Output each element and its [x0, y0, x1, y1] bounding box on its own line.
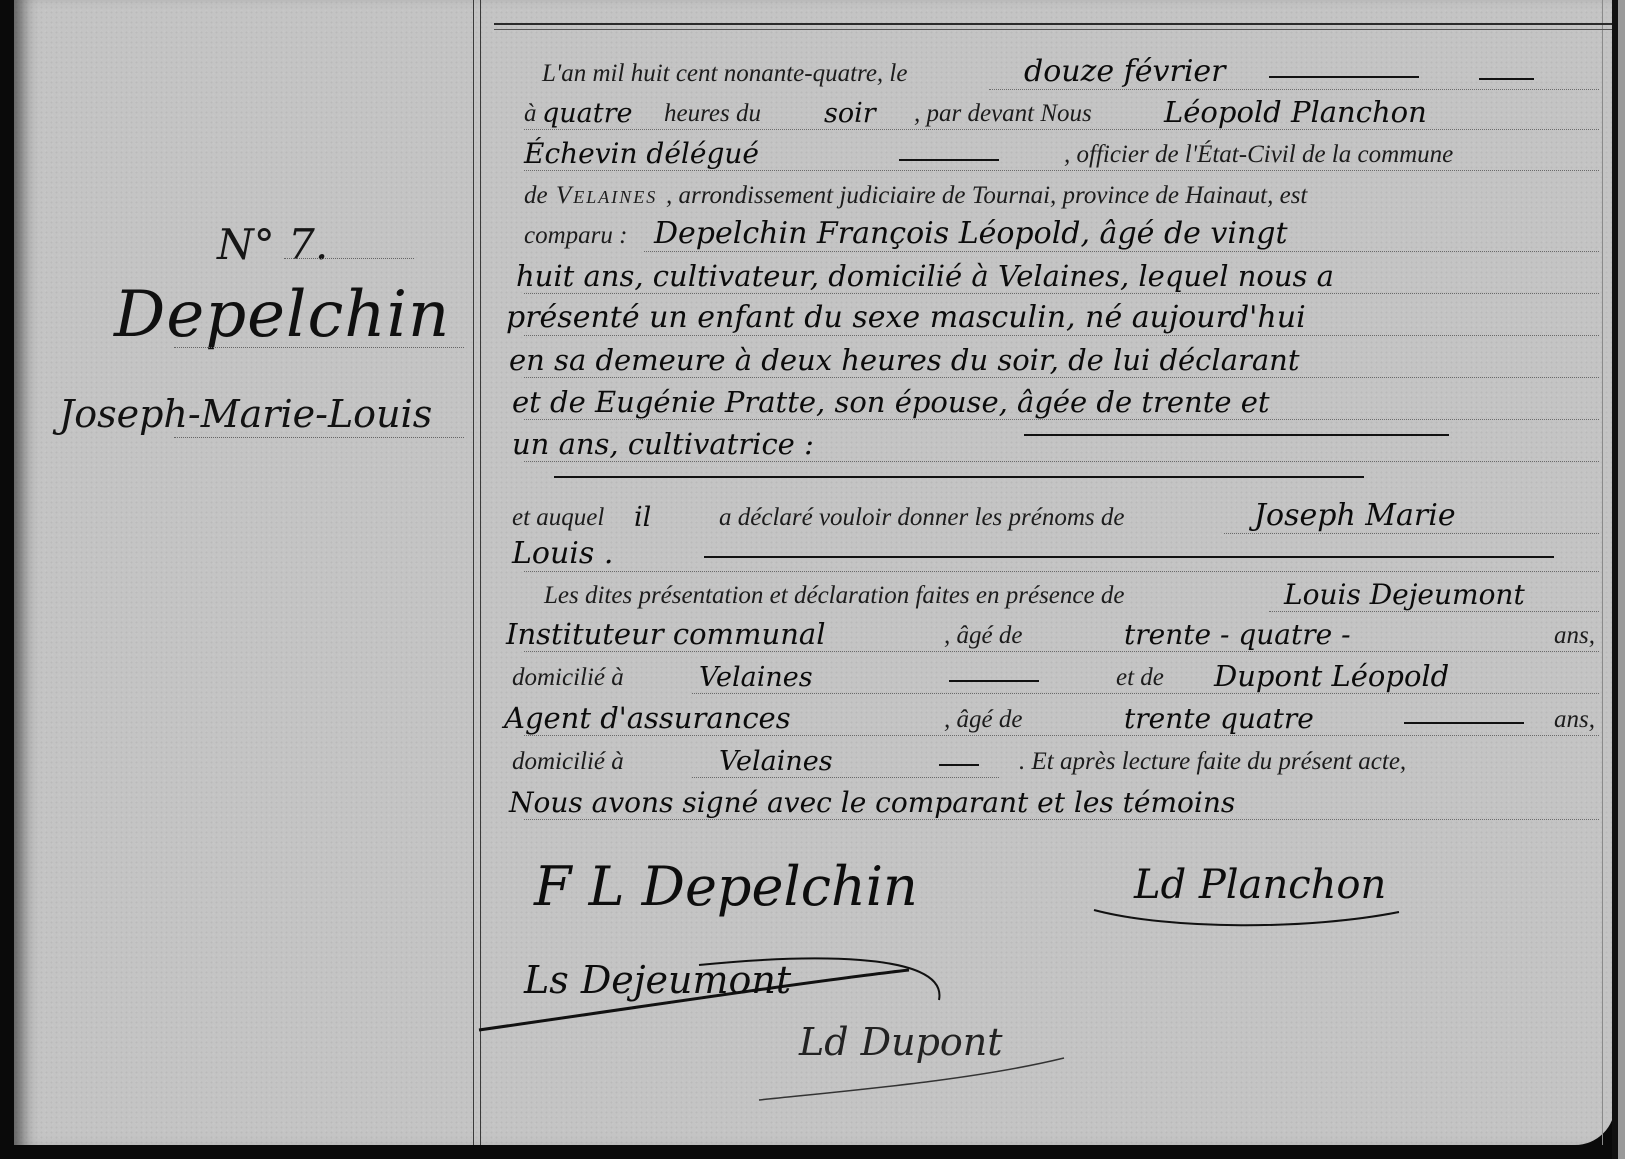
printed-text: Les dites présentation et déclaration fa…: [544, 582, 1124, 610]
form-line-9: et de Eugénie Pratte, son épouse, âgée d…: [524, 386, 1599, 426]
register-page: N° 7. Depelchin Joseph-Marie-Louis L'an …: [14, 0, 1615, 1145]
handwritten-date: douze février: [1024, 54, 1226, 89]
fill-dash: [949, 680, 1039, 682]
dotted-rule: [524, 419, 1599, 420]
dotted-rule: [524, 735, 1599, 736]
form-line-17: domicilié à Velaines . Et après lecture …: [524, 744, 1599, 784]
form-line-1: L'an mil huit cent nonante-quatre, le do…: [524, 56, 1599, 96]
fill-dash: [1404, 722, 1524, 724]
handwritten-witness2-occupation: Agent d'assurances: [504, 701, 791, 735]
signature-witness1: Ls Dejeumont: [524, 958, 791, 1002]
form-line-14: Instituteur communal , âgé de trente - q…: [524, 618, 1599, 658]
handwritten-text: un ans, cultivatrice :: [512, 427, 814, 461]
form-line-4: de Velaines , arrondissement judiciaire …: [524, 178, 1599, 218]
form-line-11: et auquel il a déclaré vouloir donner le…: [524, 500, 1599, 540]
dotted-rule: [524, 170, 1599, 171]
form-line-3: Échevin délégué , officier de l'État-Civ…: [524, 137, 1599, 177]
form-line-8: en sa demeure à deux heures du soir, de …: [524, 344, 1599, 384]
printed-text: , officier de l'État-Civil de la commune: [1064, 141, 1453, 169]
fill-dash: [899, 159, 999, 161]
dotted-rule: [524, 461, 1599, 462]
handwritten-child-names: Joseph Marie: [1254, 498, 1456, 533]
form-line-10: un ans, cultivatrice :: [524, 428, 1599, 468]
fill-dash: [1024, 434, 1449, 436]
signature-flourish-witness2: [754, 1050, 1074, 1110]
dotted-rule: [692, 777, 999, 778]
handwritten-pronoun: il: [634, 502, 651, 533]
handwritten-child-name-cont: Louis .: [512, 536, 613, 571]
handwritten-witness2: Dupont Léopold: [1214, 659, 1449, 693]
fill-dash: [554, 476, 1364, 478]
fill-dash: [704, 556, 1554, 558]
fill-dash: [1479, 78, 1534, 80]
handwritten-text: présenté un enfant du sexe masculin, né …: [506, 300, 1306, 335]
printed-text: , âgé de: [944, 622, 1022, 650]
form-line-5: comparu : Depelchin François Léopold, âg…: [524, 218, 1599, 258]
adjacent-page-edge: [1618, 0, 1625, 1159]
printed-text: domicilié à: [512, 748, 624, 776]
form-line-13: Les dites présentation et déclaration fa…: [524, 578, 1599, 618]
printed-text: . Et après lecture faite du présent acte…: [1019, 748, 1406, 776]
printed-text: , arrondissement judiciaire de Tournai, …: [666, 182, 1307, 210]
dotted-rule: [524, 819, 1599, 820]
signature-declarant: F L Depelchin: [534, 855, 918, 918]
handwritten-witness2-residence: Velaines: [719, 746, 833, 777]
margin-dotted-line: [174, 437, 464, 439]
handwritten-officer-title: Échevin délégué: [524, 137, 759, 170]
form-line-12: Louis .: [524, 538, 1599, 578]
printed-text: et de: [1116, 664, 1164, 692]
dotted-rule: [524, 651, 1599, 652]
entry-number: N° 7.: [217, 220, 328, 269]
margin-dotted-line: [284, 258, 414, 260]
handwritten-time-of-day: soir: [824, 98, 876, 129]
dotted-rule: [524, 293, 1599, 294]
margin-given-names: Joseph-Marie-Louis: [59, 392, 432, 436]
handwritten-text: huit ans, cultivateur, domicilié à Velai…: [516, 259, 1334, 293]
handwritten-hour: quatre: [542, 98, 633, 129]
signature-flourish-officer: [1089, 900, 1409, 940]
handwritten-text: en sa demeure à deux heures du soir, de …: [509, 343, 1299, 377]
margin-surname: Depelchin: [114, 278, 450, 352]
form-line-15: domicilié à Velaines et de Dupont Léopol…: [524, 660, 1599, 700]
printed-text: comparu :: [524, 222, 627, 250]
form-line-18: Nous avons signé avec le comparant et le…: [524, 786, 1599, 826]
printed-text: domicilié à: [512, 664, 624, 692]
fill-dash: [939, 764, 979, 766]
printed-text: L'an mil huit cent nonante-quatre, le: [542, 60, 907, 88]
handwritten-witness1-residence: Velaines: [699, 662, 813, 693]
dotted-rule: [1224, 533, 1599, 534]
printed-text: et auquel: [512, 504, 604, 532]
dotted-rule: [524, 335, 1599, 336]
dotted-rule: [644, 251, 1599, 252]
printed-text: a déclaré vouloir donner les prénoms de: [719, 504, 1124, 532]
dotted-rule: [989, 89, 1599, 90]
printed-commune: Velaines: [556, 182, 657, 210]
margin-dotted-line: [174, 347, 464, 349]
handwritten-witness2-age: trente quatre: [1124, 702, 1314, 735]
dotted-rule: [524, 571, 1599, 572]
printed-text: ans,: [1554, 622, 1595, 650]
form-line-7: présenté un enfant du sexe masculin, né …: [524, 302, 1599, 342]
handwritten-witness1: Louis Dejeumont: [1284, 578, 1525, 611]
printed-text: à: [524, 100, 537, 128]
handwritten-declarant: Depelchin François Léopold, âgé de vingt: [654, 216, 1288, 251]
form-line-16: Agent d'assurances , âgé de trente quatr…: [524, 702, 1599, 742]
dotted-rule: [524, 377, 1599, 378]
handwritten-text: et de Eugénie Pratte, son épouse, âgée d…: [512, 385, 1270, 419]
handwritten-witness1-age: trente - quatre -: [1124, 618, 1351, 651]
handwritten-officer-name: Léopold Planchon: [1164, 95, 1427, 129]
dotted-rule: [524, 129, 1599, 130]
fill-dash: [1269, 76, 1419, 78]
printed-text: de: [524, 182, 548, 210]
form-line-2: à quatre heures du soir , par devant Nou…: [524, 96, 1599, 136]
printed-text: , par devant Nous: [914, 100, 1092, 128]
printed-text: heures du: [664, 100, 761, 128]
dotted-rule: [1269, 611, 1599, 612]
handwritten-witness1-occupation: Instituteur communal: [506, 617, 825, 651]
form-line-6: huit ans, cultivateur, domicilié à Velai…: [524, 260, 1599, 300]
page-inner-edge: [1602, 0, 1603, 1145]
printed-text: , âgé de: [944, 706, 1022, 734]
header-rule: [494, 23, 1619, 25]
header-rule-thin: [494, 29, 1619, 30]
dotted-rule: [692, 693, 1599, 694]
handwritten-closing: Nous avons signé avec le comparant et le…: [509, 786, 1235, 819]
printed-text: ans,: [1554, 706, 1595, 734]
